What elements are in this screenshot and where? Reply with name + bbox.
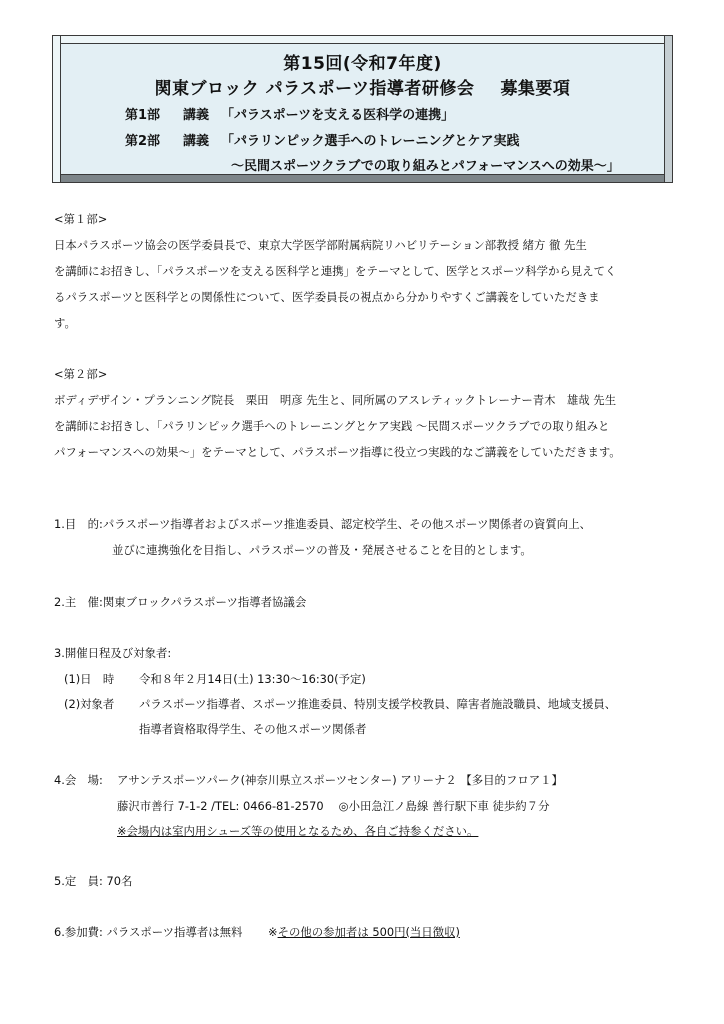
session-2-part: 第2部 — [125, 130, 183, 149]
capacity-item: 5.定 員: 70名 — [54, 873, 132, 889]
header-title-line2: 関東ブロック パラスポーツ指導者研修会募集要項 — [61, 74, 664, 99]
schedule-label: 3.開催日程及び対象者: — [54, 645, 171, 661]
session-2-title: 「パラリンピック選手へのトレーニングとケア実践 — [221, 134, 519, 149]
venue-shoes-note: ※会場内は室内用シューズ等の使用となるため、各自ご持参ください。 — [117, 823, 478, 839]
fee-value: パラスポーツ指導者は無料 — [107, 925, 243, 939]
capacity-value: 70名 — [107, 874, 133, 888]
organizer-item: 2.主 催:関東ブロックパラスポーツ指導者協議会 — [54, 594, 306, 610]
organizer-value: 関東ブロックパラスポーツ指導者協議会 — [103, 595, 306, 609]
organizer-label: 2.主 催: — [54, 595, 103, 609]
frame-bevel-left — [53, 36, 61, 182]
header-title-line1: 第15回(令和7年度) — [61, 49, 664, 74]
part2-line: を講師にお招きし、「パラリンピック選手へのトレーニングとケア実践 ～民間スポーツ… — [54, 418, 609, 434]
schedule-date-label: (1)日 時 — [64, 671, 114, 687]
purpose-line1: パラスポーツ指導者およびスポーツ推進委員、認定校学生、その他スポーツ関係者の資質… — [103, 517, 591, 531]
fee-other-note: その他の参加者は 500円(当日徴収) — [278, 925, 460, 939]
venue-line2: 藤沢市善行 7-1-2 /TEL: 0466-81-2570 ◎小田急江ノ島線 … — [117, 798, 549, 814]
header-box: 第15回(令和7年度) 関東ブロック パラスポーツ指導者研修会募集要項 第1部講… — [52, 35, 673, 183]
part2-heading: <第２部> — [54, 366, 107, 382]
part1-line: す。 — [54, 315, 76, 331]
fee-note-mark: ※ — [268, 925, 278, 939]
purpose-label: 1.目 的: — [54, 517, 103, 531]
session-1-kind: 講義 — [183, 104, 221, 123]
header-title-event: 関東ブロック パラスポーツ指導者研修会 — [155, 79, 475, 99]
fee-label: 6.参加費: — [54, 925, 103, 939]
header-session-1: 第1部講義「パラスポーツを支える医科学の連携」 — [125, 104, 454, 123]
part2-line: パフォーマンスへの効果～」をテーマとして、パラスポーツ指導に役立つ実践的なご講義… — [54, 444, 621, 460]
part1-line: るパラスポーツと医科学との関係性について、医学委員長の視点から分かりやすくご講義… — [54, 289, 600, 305]
fee-item: 6.参加費: パラスポーツ指導者は無料 ※その他の参加者は 500円(当日徴収) — [54, 924, 460, 940]
session-1-title: 「パラスポーツを支える医科学の連携」 — [221, 108, 454, 123]
venue-line1: アサンテスポーツパーク(神奈川県立スポーツセンター) アリーナ２ 【多目的フロア… — [117, 772, 563, 788]
part1-line: を講師にお招きし、「パラスポーツを支える医科学と連携」をテーマとして、医学とスポ… — [54, 263, 616, 279]
part2-line: ボディデザイン・プランニング院長 栗田 明彦 先生と、同所属のアスレティックトレ… — [54, 392, 616, 408]
part1-line: 日本パラスポーツ協会の医学委員長で、東京大学医学部附属病院リハビリテーション部教… — [54, 237, 587, 253]
purpose-line2: 並びに連携強化を目指し、パラスポーツの普及・発展させることを目的とします。 — [112, 542, 532, 558]
header-title-guidelines: 募集要項 — [500, 79, 570, 99]
schedule-target-line1: パラスポーツ指導者、スポーツ推進委員、特別支援学校教員、障害者施設職員、地域支援… — [139, 696, 616, 712]
frame-bevel-right — [664, 36, 672, 182]
purpose-item: 1.目 的:パラスポーツ指導者およびスポーツ推進委員、認定校学生、その他スポーツ… — [54, 516, 591, 532]
schedule-date-value: 令和８年２月14日(土) 13:30～16:30(予定) — [139, 671, 366, 687]
venue-label: 4.会 場: — [54, 772, 103, 788]
schedule-target-line2: 指導者資格取得学生、その他スポーツ関係者 — [139, 721, 366, 737]
header-session-2: 第2部講義「パラリンピック選手へのトレーニングとケア実践 — [125, 130, 519, 149]
frame-bevel-bottom — [53, 174, 672, 182]
header-content: 第15回(令和7年度) 関東ブロック パラスポーツ指導者研修会募集要項 第1部講… — [61, 44, 664, 174]
schedule-target-label: (2)対象者 — [64, 696, 114, 712]
part1-heading: <第１部> — [54, 211, 107, 227]
frame-bevel-top — [53, 36, 672, 44]
session-2-title-continuation: ～民間スポーツクラブでの取り組みとパフォーマンスへの効果～」 — [231, 155, 620, 174]
session-1-part: 第1部 — [125, 104, 183, 123]
session-2-kind: 講義 — [183, 130, 221, 149]
capacity-label: 5.定 員: — [54, 874, 103, 888]
